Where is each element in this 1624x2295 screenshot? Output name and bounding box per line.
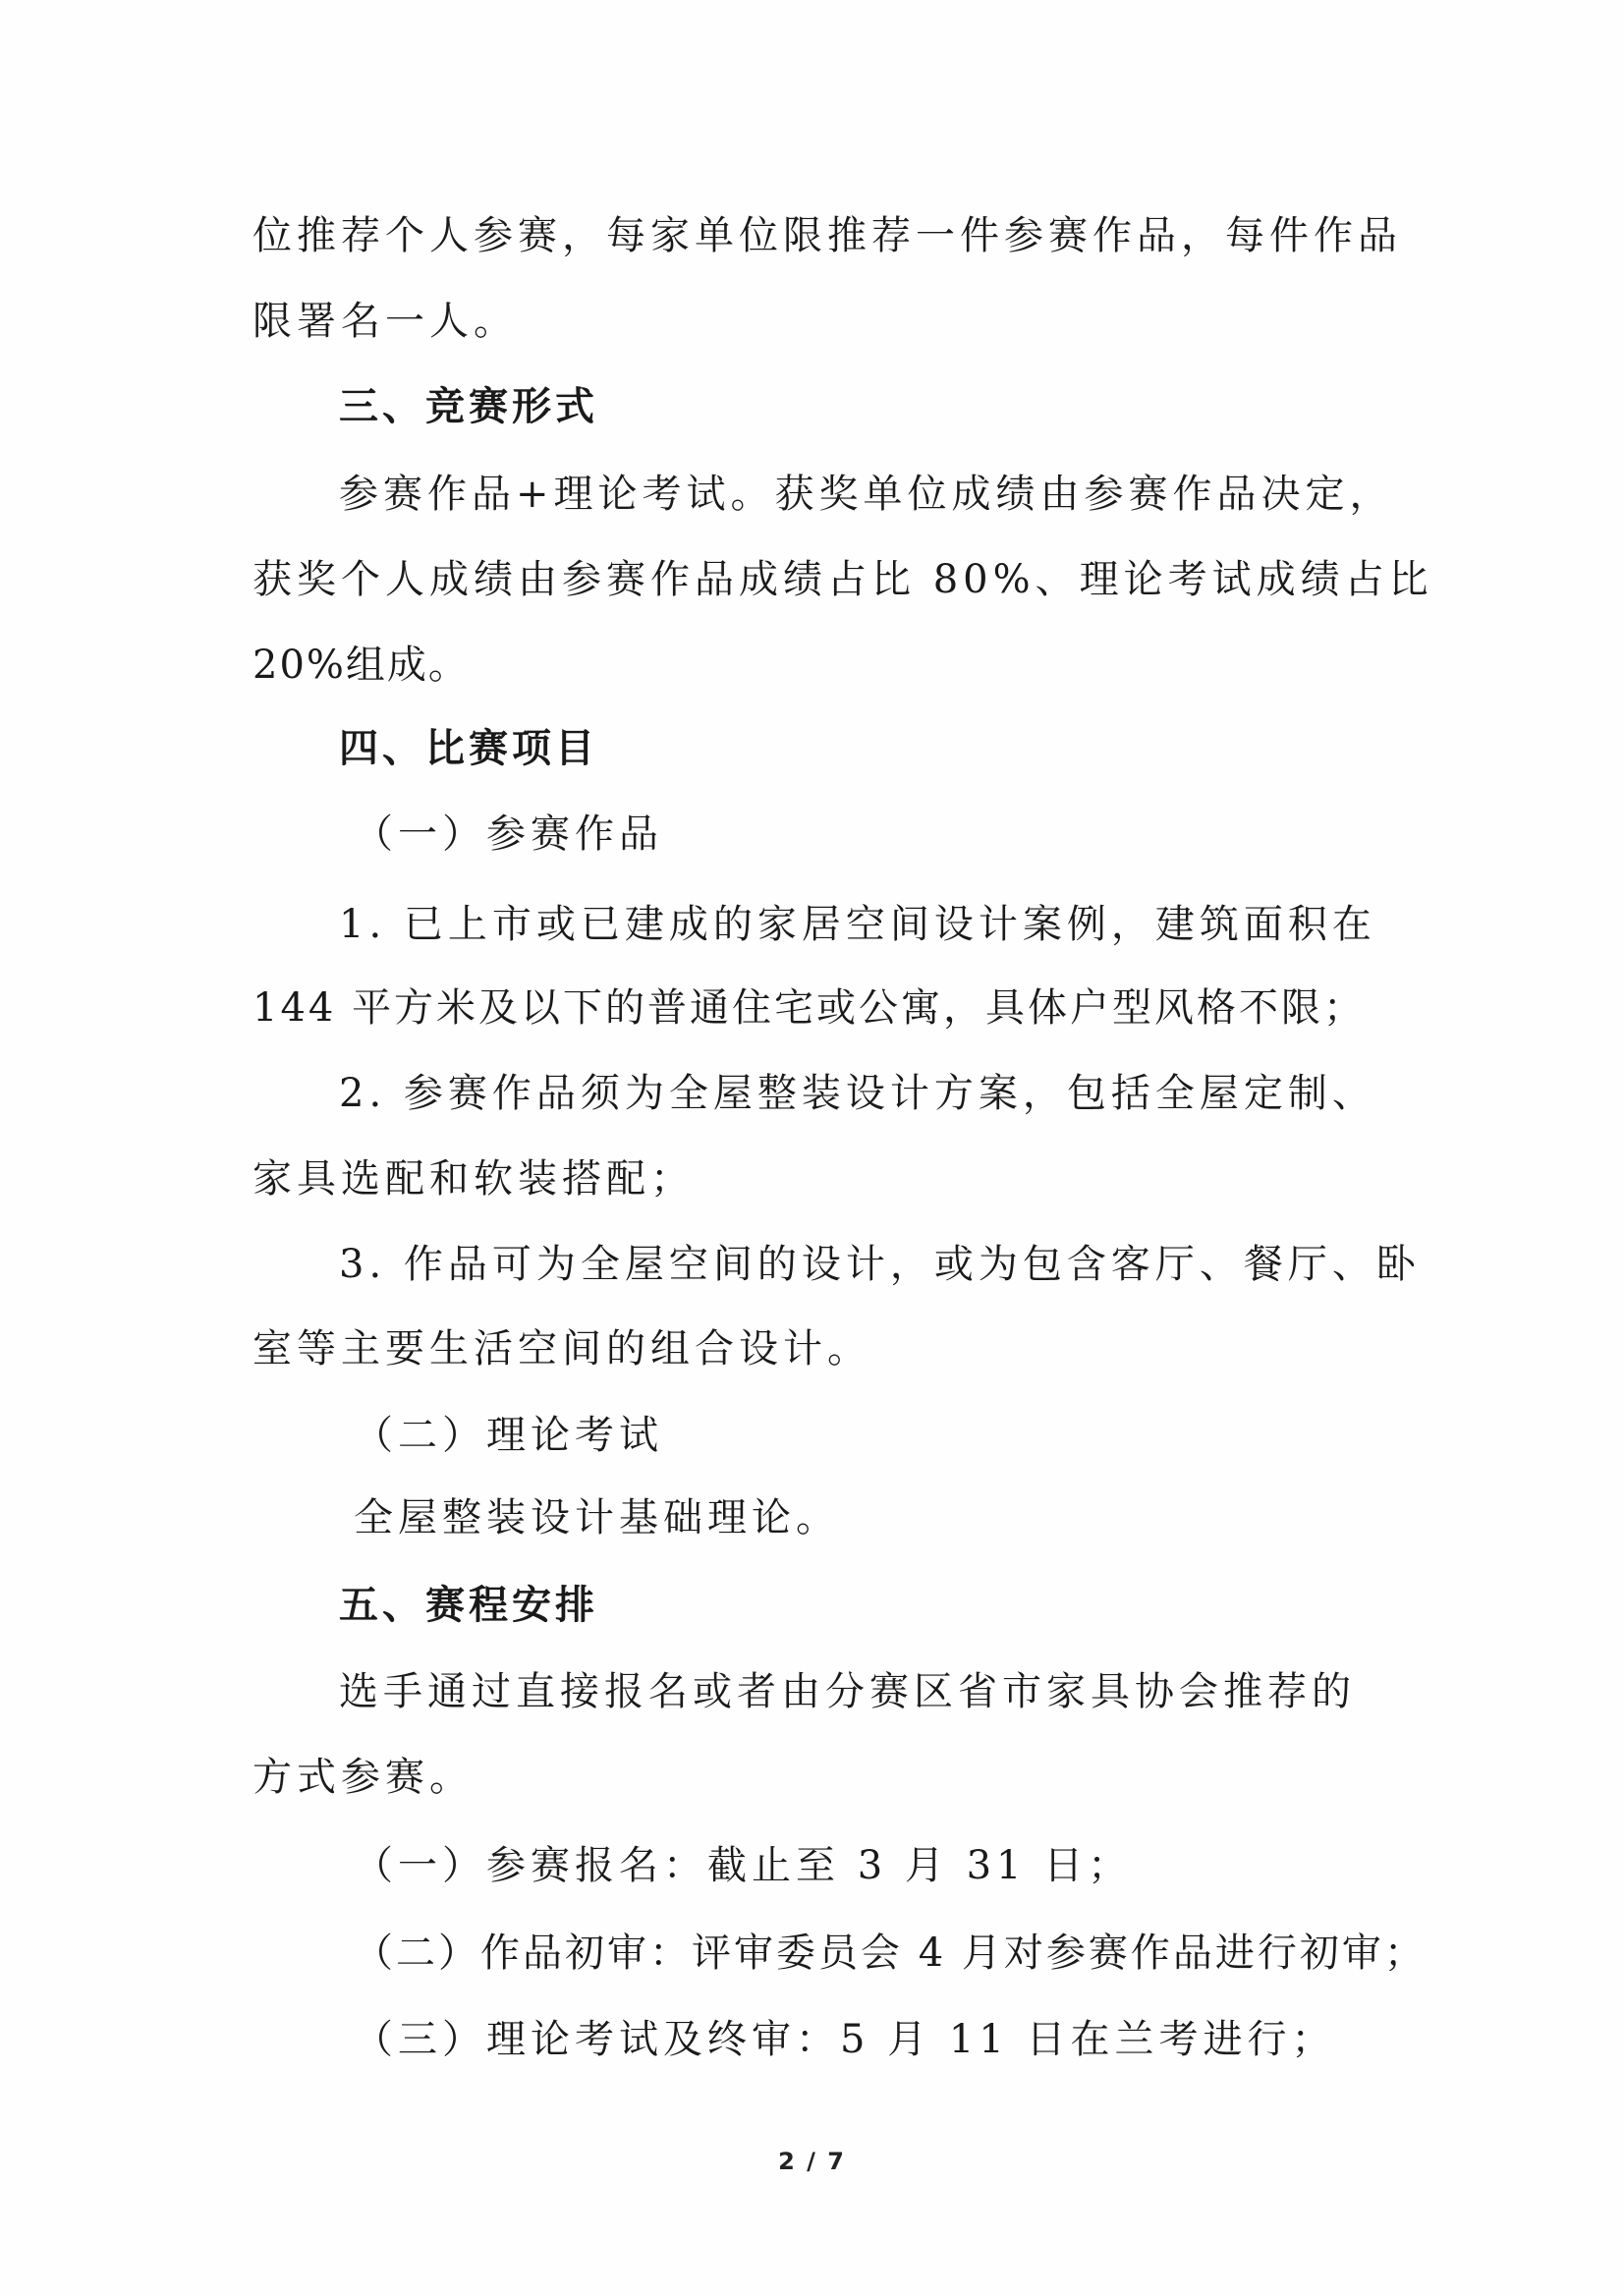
schedule-item: （一）参赛报名：截止至 3 月 31 日； [354, 1842, 1493, 1889]
body-line: 选手通过直接报名或者由分赛区省市家具协会推荐的 [339, 1668, 1479, 1715]
body-line: 3. 作品可为全屋空间的设计，或为包含客厅、餐厅、卧 [339, 1241, 1479, 1288]
body-line: 参赛作品+理论考试。获奖单位成绩由参赛作品决定， [339, 471, 1392, 518]
body-line: 144 平方米及以下的普通住宅或公寓，具体户型风格不限； [252, 984, 1392, 1032]
body-line: 限署名一人。 [252, 298, 1392, 345]
section-heading-3: 三、竞赛形式 [339, 383, 1479, 430]
body-line: 2. 参赛作品须为全屋整装设计方案，包括全屋定制、 [339, 1070, 1479, 1117]
subsection-heading: （二）理论考试 [354, 1412, 1493, 1459]
page-number: 2 / 7 [0, 2148, 1624, 2175]
subsection-heading: （一）参赛作品 [354, 811, 1493, 858]
section-heading-4: 四、比赛项目 [339, 725, 1479, 772]
schedule-item: （三）理论考试及终审：5 月 11 日在兰考进行； [354, 2016, 1493, 2063]
body-line: 家具选配和软装搭配； [252, 1155, 1392, 1203]
body-line: 方式参赛。 [252, 1754, 1392, 1801]
document-page: 位推荐个人参赛，每家单位限推荐一件参赛作品，每件作品 限署名一人。 三、竞赛形式… [0, 0, 1624, 2295]
body-line: 全屋整装设计基础理论。 [354, 1494, 1493, 1541]
body-line: 20%组成。 [252, 642, 1392, 689]
section-heading-5: 五、赛程安排 [339, 1582, 1479, 1629]
body-line: 位推荐个人参赛，每家单位限推荐一件参赛作品，每件作品 [252, 212, 1392, 259]
body-line: 获奖个人成绩由参赛作品成绩占比 80%、理论考试成绩占比 [252, 556, 1392, 603]
body-line: 1. 已上市或已建成的家居空间设计案例，建筑面积在 [339, 901, 1479, 948]
schedule-item: （二）作品初审：评审委员会 4 月对参赛作品进行初审； [354, 1930, 1493, 1977]
body-line: 室等主要生活空间的组合设计。 [252, 1325, 1392, 1372]
